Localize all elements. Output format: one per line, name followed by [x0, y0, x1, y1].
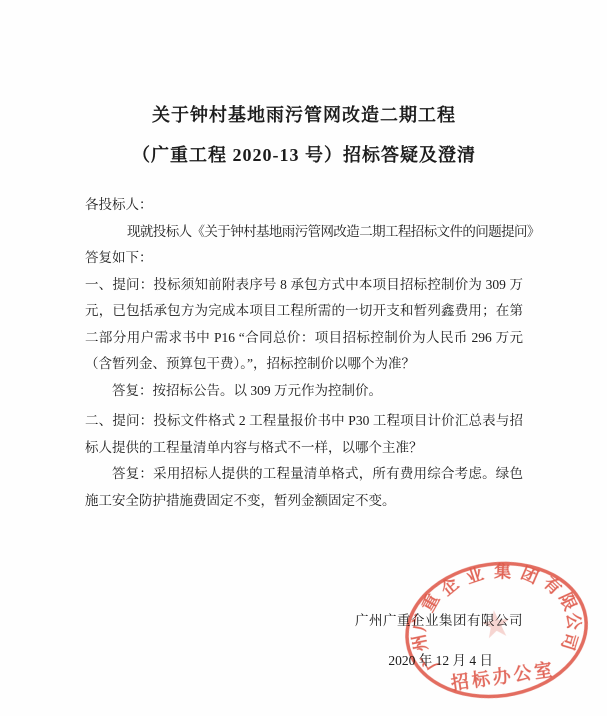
svg-text:重: 重	[418, 590, 444, 615]
seal-bottom-text: 招标办公室	[449, 658, 557, 694]
svg-text:州: 州	[409, 632, 431, 653]
answer-2-paragraph: 答复：采用招标人提供的工程量清单格式，所有费用综合考虑。绿色施工安全防护措施费固…	[85, 461, 523, 514]
svg-text:业: 业	[464, 564, 486, 587]
svg-text:企: 企	[437, 573, 463, 599]
document-title: 关于钟村基地雨污管网改造二期工程 （广重工程 2020-13 号）招标答疑及澄清	[85, 95, 523, 175]
title-line-2: （广重工程 2020-13 号）招标答疑及澄清	[85, 135, 523, 175]
svg-text:广: 广	[409, 612, 431, 632]
official-seal: 广州广重企业集团有限公司 招标办公室	[389, 544, 604, 716]
question-2-paragraph: 二、提问：投标文件格式 2 工程量报价书中 P30 工程项目计价汇总表与招标人提…	[85, 408, 523, 461]
title-line-1: 关于钟村基地雨污管网改造二期工程	[85, 95, 523, 135]
svg-text:司: 司	[558, 631, 581, 653]
salutation: 各投标人：	[85, 192, 523, 219]
svg-text:集: 集	[494, 561, 512, 582]
answer-1-paragraph: 答复：按招标公告。以 309 万元作为控制价。	[85, 378, 523, 405]
reply-intro: 答复如下：	[85, 245, 523, 272]
document-body: 各投标人： 现就投标人《关于钟村基地雨污管网改造二期工程招标文件的问题提问》 答…	[85, 192, 523, 514]
question-1-paragraph: 一、提问：投标须知前附表序号 8 承包方式中本项目招标控制价为 309 万元，已…	[85, 272, 523, 378]
seal-star-icon	[480, 608, 512, 639]
svg-text:公: 公	[563, 612, 583, 630]
intro-paragraph: 现就投标人《关于钟村基地雨污管网改造二期工程招标文件的问题提问》	[85, 219, 523, 246]
document-page: 关于钟村基地雨污管网改造二期工程 （广重工程 2020-13 号）招标答疑及澄清…	[0, 0, 607, 716]
